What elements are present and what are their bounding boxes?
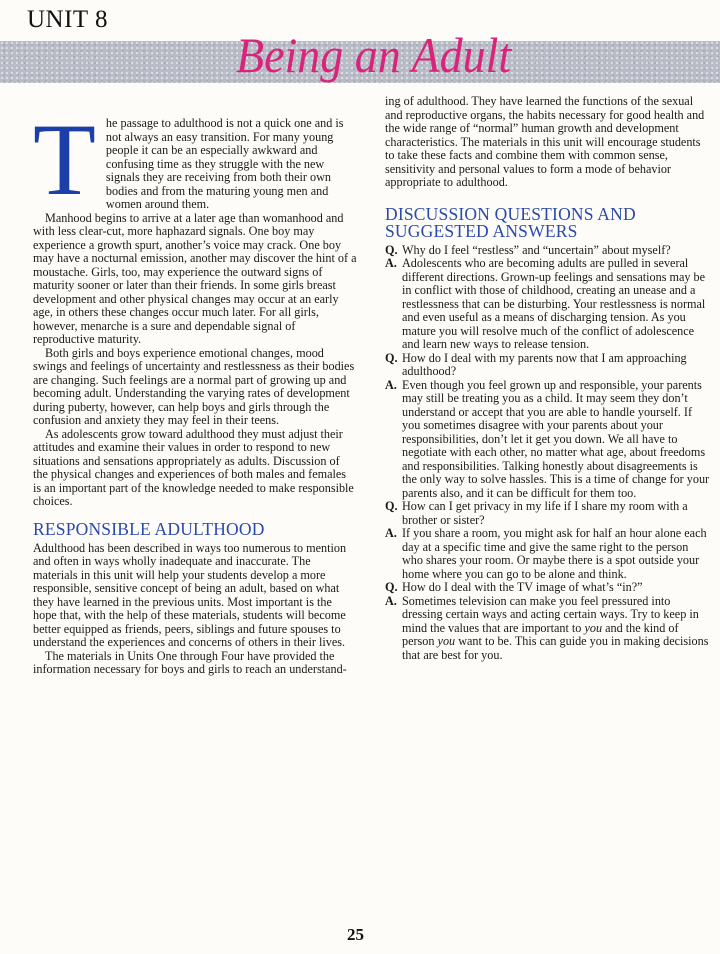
q-marker: Q. [385,500,402,527]
drop-cap: T [33,119,96,203]
question: Q. How do I deal with the TV image of wh… [385,581,711,595]
intro-text: he passage to adulthood is not a quick o… [106,116,344,211]
section-heading-discussion: DISCUSSION QUESTIONS AND SUGGESTED ANSWE… [385,206,711,240]
answer: A. If you share a room, you might ask fo… [385,527,711,581]
heading-line: SUGGESTED ANSWERS [385,223,711,240]
question-text: How do I deal with my parents now that I… [402,352,711,379]
question-text: Why do I feel “restless” and “uncertain”… [402,244,711,258]
answer-text: Even though you feel grown up and respon… [402,379,711,501]
question: Q. How can I get privacy in my life if I… [385,500,711,527]
paragraph: Both girls and boys experience emotional… [33,347,357,428]
answer: A. Adolescents who are becoming adults a… [385,257,711,352]
paragraph: As adolescents grow toward adulthood the… [33,428,357,509]
unit-label: UNIT 8 [27,6,108,34]
page-number: 25 [347,925,364,945]
question-text: How can I get privacy in my life if I sh… [402,500,711,527]
paragraph: Adulthood has been described in ways too… [33,542,357,650]
heading-line: DISCUSSION QUESTIONS AND [385,206,711,223]
answer-text: Adolescents who are becoming adults are … [402,257,711,352]
emphasis: you [584,621,602,635]
page-title: Being an Adult [236,26,511,84]
a-marker: A. [385,257,402,352]
paragraph: Manhood begins to arrive at a later age … [33,212,357,347]
emphasis: you [438,634,456,648]
answer-text: If you share a room, you might ask for h… [402,527,711,581]
answer: A. Even though you feel grown up and res… [385,379,711,501]
intro-paragraph: The passage to adulthood is not a quick … [33,117,357,212]
q-marker: Q. [385,581,402,595]
paragraph: The materials in Units One through Four … [33,650,357,677]
question-text: How do I deal with the TV image of what’… [402,581,711,595]
section-heading-responsible-adulthood: RESPONSIBLE ADULTHOOD [33,521,357,538]
question: Q. How do I deal with my parents now tha… [385,352,711,379]
answer-text: Sometimes television can make you feel p… [402,595,711,663]
q-marker: Q. [385,244,402,258]
paragraph-continued: ing of adulthood. They have learned the … [385,95,711,190]
left-column: The passage to adulthood is not a quick … [33,117,357,677]
right-column: ing of adulthood. They have learned the … [385,95,711,662]
a-marker: A. [385,595,402,663]
a-marker: A. [385,379,402,501]
a-marker: A. [385,527,402,581]
question: Q. Why do I feel “restless” and “uncerta… [385,244,711,258]
q-marker: Q. [385,352,402,379]
answer: A. Sometimes television can make you fee… [385,595,711,663]
